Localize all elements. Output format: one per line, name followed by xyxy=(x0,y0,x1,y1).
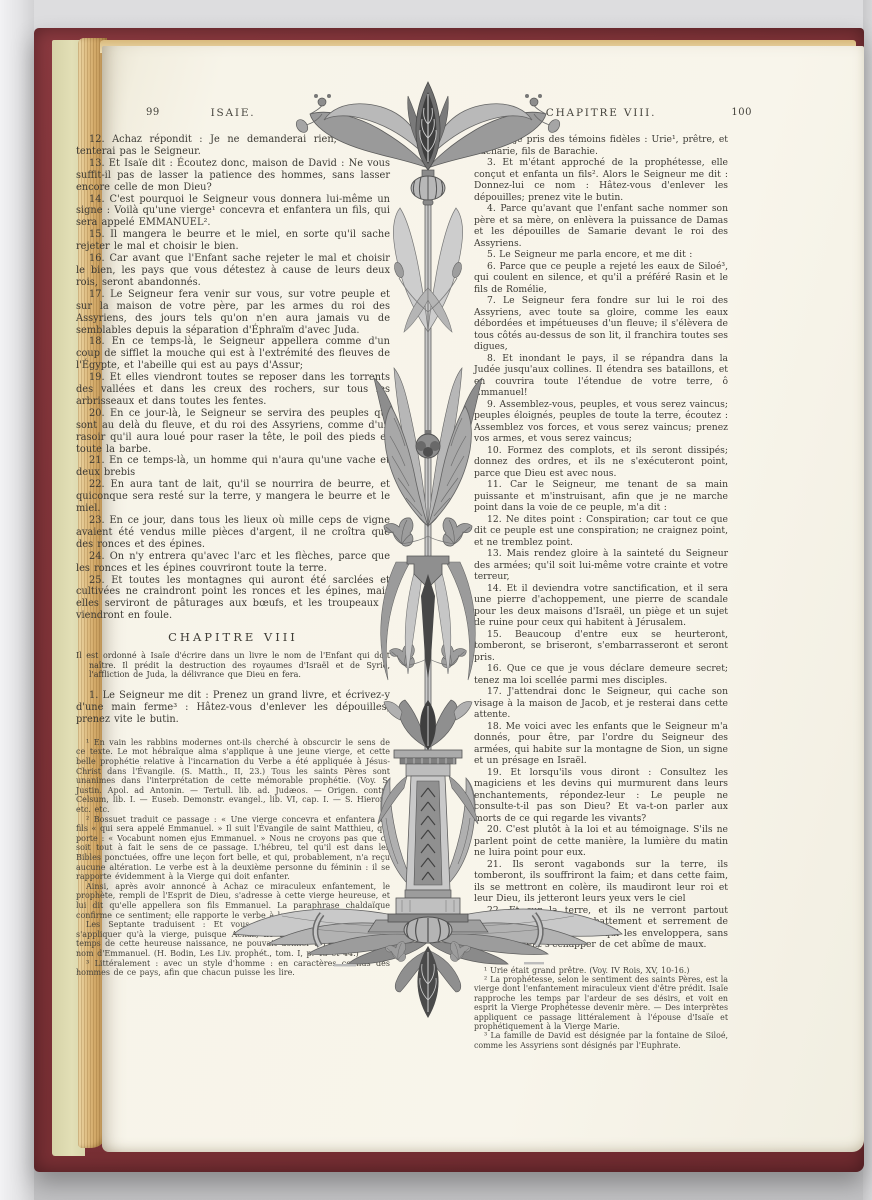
page-number-right: 100 xyxy=(712,107,752,118)
footnote-paragraph: ³ La famille de David est désignée par l… xyxy=(474,1031,728,1050)
crown-acanthus-leaf xyxy=(416,82,440,170)
pilaster-shaft xyxy=(406,776,450,890)
photo-backdrop: 99 ISAIE. CHAPITRE VIII. 100 12. Achaz r… xyxy=(0,0,872,1200)
ornament-left-half xyxy=(234,94,428,992)
engraver-signature-mark xyxy=(524,962,544,964)
backdrop-sheet xyxy=(0,0,34,1200)
poppy-head xyxy=(416,430,440,458)
ribbed-knop xyxy=(411,170,445,205)
backdrop-right-strip xyxy=(863,0,872,1200)
engraver-signature-mark xyxy=(334,964,356,966)
capital-molding xyxy=(394,750,462,776)
ornament-engraving xyxy=(226,74,631,1024)
